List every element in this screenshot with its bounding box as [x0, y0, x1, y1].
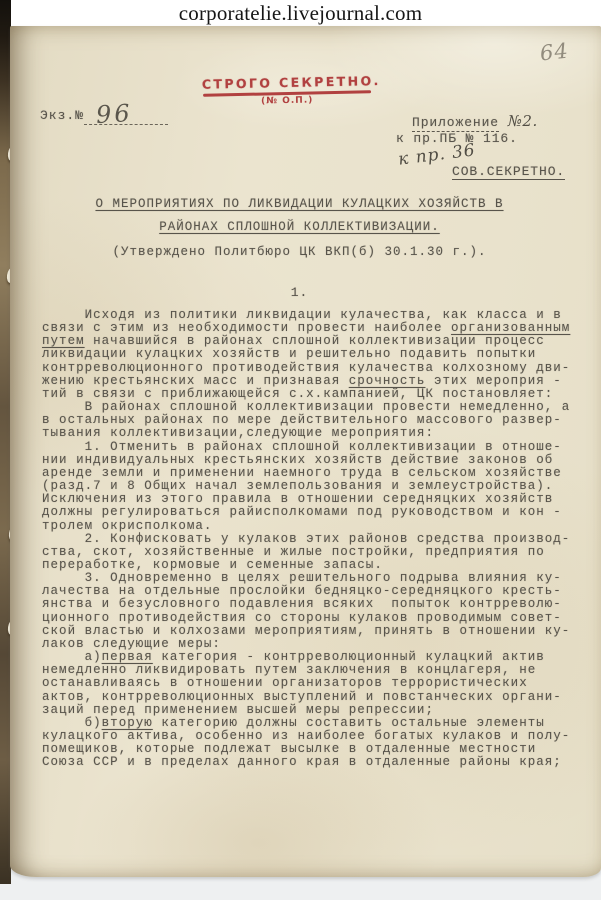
section-number: 1.: [10, 285, 589, 300]
secret-stamp: СТРОГО СЕКРЕТНО. (№ О.П.): [202, 73, 373, 107]
title-line1: О МЕРОПРИЯТИЯХ ПО ЛИКВИДАЦИИ КУЛАЦКИХ ХО…: [10, 197, 589, 211]
screenshot-root: corporatelie.livejournal.com 64 СТРОГО С…: [0, 0, 601, 900]
document-body: Исходя из политики ликвидации кулачества…: [42, 309, 590, 769]
paragraph-7-underlined-word: вторую: [102, 716, 153, 730]
paragraph-3-point-1: 1. Отменить в районах сплошной коллектив…: [42, 441, 590, 533]
paragraph-7-text: б): [42, 716, 102, 730]
exemplar-number-block: Экз.№ 96: [40, 108, 84, 123]
stamp-line1: СТРОГО СЕКРЕТНО.: [202, 73, 372, 92]
document-page: 64 СТРОГО СЕКРЕТНО. (№ О.П.) Экз.№ 96 Пр…: [10, 26, 601, 877]
document-title: О МЕРОПРИЯТИЯХ ПО ЛИКВИДАЦИИ КУЛАЦКИХ ХО…: [10, 197, 589, 259]
title-subtitle: (Утверждено Политбюро ЦК ВКП(б) 30.1.30 …: [10, 245, 589, 259]
site-watermark-band: corporatelie.livejournal.com: [0, 0, 601, 27]
annex-number-handwritten: №2.: [508, 112, 538, 130]
exemplar-dash-underline: [84, 124, 168, 125]
paragraph-6-point-a: а)первая категория - контрреволюционный …: [42, 651, 590, 717]
paragraph-6-text: а): [42, 650, 102, 664]
stamp-line2: (№ О.П.): [202, 94, 372, 108]
exemplar-label: Экз.№: [40, 108, 84, 123]
paragraph-1-underlined-word: срочность: [349, 374, 426, 388]
title-line2: РАЙОНАХ СПЛОШНОЙ КОЛЛЕКТИВИЗАЦИИ.: [10, 220, 589, 234]
paragraph-6-underlined-word: первая: [102, 650, 153, 664]
page-number-pencil: 64: [539, 39, 570, 66]
annex-title-typed: Приложение: [412, 115, 499, 132]
site-watermark-text: corporatelie.livejournal.com: [179, 1, 423, 26]
paragraph-7-point-b: б)вторую категорию должны составить оста…: [42, 717, 590, 770]
paragraph-2: В районах сплошной коллективизации прове…: [42, 401, 590, 440]
paragraph-1: Исходя из политики ликвидации кулачества…: [42, 309, 590, 401]
paragraph-5-point-3: 3. Одновременно в целях решительного под…: [42, 572, 590, 651]
annex-secrecy-label: СОВ.СЕКРЕТНО.: [452, 164, 565, 180]
paragraph-4-point-2: 2. Конфисковать у кулаков этих районов с…: [42, 533, 590, 572]
annex-line1: Приложение №2.: [412, 112, 538, 130]
